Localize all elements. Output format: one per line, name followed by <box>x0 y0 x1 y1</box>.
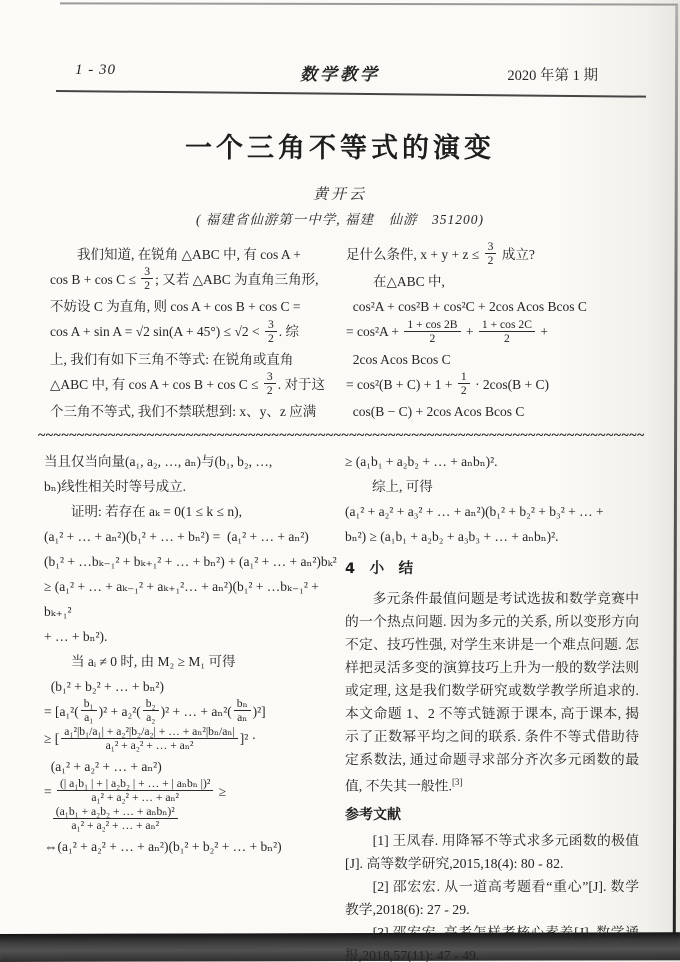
section-heading: 4 小 结 <box>345 558 639 580</box>
summary-text: 多元条件最值问题是考试选拔和数学竞赛中的一个热点问题. 因为多元的关系, 所以变… <box>345 591 639 794</box>
header-rule <box>56 90 646 98</box>
math-line: = (| a₁b₁ | + | a₂b₂ | + … + | aₙbₙ |)²a… <box>44 779 346 806</box>
math-line: (a₁² + … + aₙ²)(b₁² + … + bₙ²) = (a₁² + … <box>44 524 346 549</box>
math-line: = [a₁²(b₁a₁)² + a₂²(b₂a₂)² + … + aₙ²(bₙa… <box>44 699 346 726</box>
math-line: (a₁² + a₂² + … + aₙ²) <box>44 754 346 779</box>
math-line: △ABC 中, 有 cos A + cos B + cos C ≤ 32. 对于… <box>50 372 344 399</box>
column-bottom-left: 当且仅当向量(a₁, a₂, …, aₙ)与(b₁, b₂, …, bₙ)线性相… <box>44 449 346 859</box>
math-line: 足什么条件, x + y + z ≤ 32 成立? <box>346 242 638 269</box>
math-line: (b₁² + b₂² + … + bₙ²) <box>44 674 346 699</box>
math-line: cos²A + cos²B + cos²C + 2cos Acos Bcos C <box>346 294 638 319</box>
math-line: ≥ [a₁²|b₁/a₁| + a₂²|b₂/a₂| + … + aₙ²|bₙ/… <box>44 726 346 753</box>
math-line: bₙ²) ≥ (a₁b₁ + a₂b₂ + a₃b₃ + … + aₙbₙ)². <box>345 524 639 549</box>
scanned-page: 1 - 30 数学教学 2020 年第 1 期 一个三角不等式的演变 黄开云 (… <box>0 0 680 962</box>
math-line: 我们知道, 在锐角 △ABC 中, 有 cos A + <box>50 242 344 267</box>
header-issue: 2020 年第 1 期 <box>507 64 598 85</box>
references-heading: 参考文献 <box>345 804 639 826</box>
math-line: ≥ (a₁b₁ + a₂b₂ + … + aₙbₙ)². <box>345 449 639 474</box>
math-line: = cos²(B + C) + 1 + 12 · 2cos(B + C) <box>346 372 638 399</box>
math-line: 不妨设 C 为直角, 则 cos A + cos B + cos C = <box>50 294 344 319</box>
math-line: (b₁² + …bₖ₋₁² + bₖ₊₁² + … + bₙ²) + (a₁² … <box>44 549 346 574</box>
math-line: (a₁b₁ + a₂b₂ + … + aₙbₙ)²a₁² + a₂² + … +… <box>44 806 346 833</box>
column-bottom-right: ≥ (a₁b₁ + a₂b₂ + … + aₙbₙ)². 综上, 可得 (a₁²… <box>345 449 639 962</box>
math-line: 个三角不等式, 我们不禁联想到: x、y、z 应满 <box>50 399 344 424</box>
math-line: + … + bₙ²). <box>44 624 346 649</box>
summary-paragraph: 多元条件最值问题是考试选拔和数学竞赛中的一个热点问题. 因为多元的关系, 所以变… <box>345 587 639 798</box>
math-line: ≥ (a₁² + … + aₖ₋₁² + aₖ₊₁²… + aₙ²)(b₁² +… <box>44 574 346 624</box>
math-line: ⇔(a₁² + a₂² + … + aₙ²)(b₁² + b₂² + … + b… <box>44 834 346 859</box>
column-top-right: 足什么条件, x + y + z ≤ 32 成立? 在△ABC 中, cos²A… <box>346 242 638 424</box>
math-line: cos A + sin A = √2 sin(A + 45°) ≤ √2 < 3… <box>50 319 344 346</box>
author-name: 黄开云 <box>0 183 680 204</box>
scan-edge-top <box>60 2 678 5</box>
math-line: cos B + cos C ≤ 32; 又若 △ABC 为直角三角形, <box>50 267 344 294</box>
math-line: (a₁² + a₂² + a₃² + … + aₙ²)(b₁² + b₂² + … <box>345 499 639 524</box>
math-line: cos(B − C) + 2cos Acos Bcos C <box>346 399 638 424</box>
reference-item: [2] 邵宏宏. 从一道高考题看“重心”[J]. 数学教学,2018(6): 2… <box>345 875 639 921</box>
math-line: 当且仅当向量(a₁, a₂, …, aₙ)与(b₁, b₂, …, <box>44 449 346 474</box>
column-top-left: 我们知道, 在锐角 △ABC 中, 有 cos A + cos B + cos … <box>50 242 344 424</box>
author-affiliation: ( 福建省仙游第一中学, 福建 仙游 351200) <box>0 208 680 228</box>
math-line: 2cos Acos Bcos C <box>346 347 638 372</box>
wavy-separator: ~~~~~~~~~~~~~~~~~~~~~~~~~~~~~~~~~~~~~~~~… <box>38 428 644 446</box>
article-title: 一个三角不等式的演变 <box>0 126 680 165</box>
math-line: 上, 我们有如下三角不等式: 在锐角或直角 <box>50 347 344 372</box>
math-line: 在△ABC 中, <box>346 269 638 294</box>
summary-citation: [3] <box>452 777 463 787</box>
math-line: 综上, 可得 <box>345 474 639 499</box>
reference-item: [3] 邵宏宏. 高考怎样考核心素养[J]. 数学通报,2018,57(11):… <box>345 921 639 962</box>
reference-item: [1] 王凤春. 用降幂不等式求多元函数的极值[J]. 高等数学研究,2015,… <box>345 829 639 875</box>
math-line: 证明: 若存在 aₖ = 0(1 ≤ k ≤ n), <box>44 499 346 524</box>
math-line: bₙ)线性相关时等号成立. <box>44 474 346 499</box>
math-line: 当 aᵢ ≠ 0 时, 由 M₂ ≥ M₁ 可得 <box>44 649 346 674</box>
math-line: = cos²A + 1 + cos 2B2 + 1 + cos 2C2 + <box>346 319 638 346</box>
